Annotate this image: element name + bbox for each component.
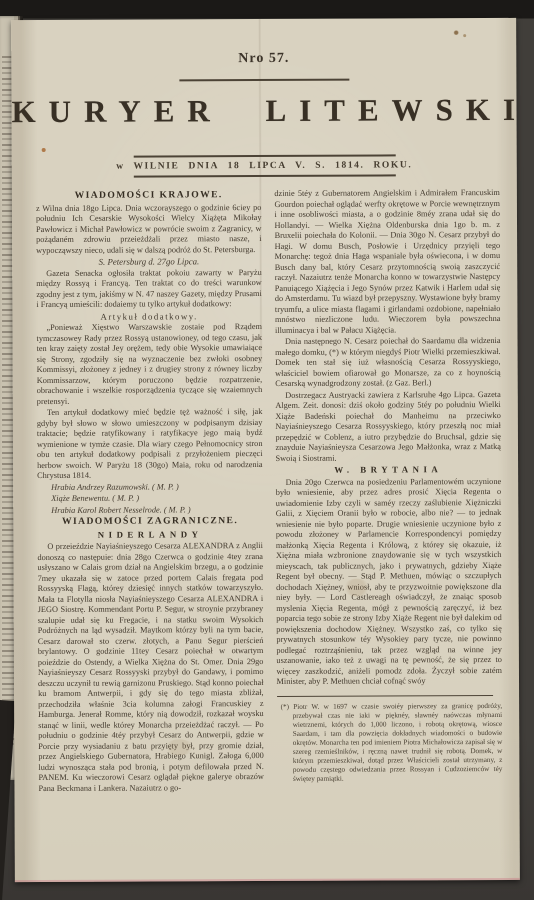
dateline-band: w WILNIE DNIA 18 LIPCA V. S. 1814. ROKU.	[12, 154, 517, 178]
ink-stain	[463, 34, 466, 37]
subheading-britain: W. BRYTANIA	[276, 464, 502, 475]
article-paragraph: „Ponieważ Xięstwo Warszawskie zostaie po…	[36, 322, 262, 407]
subheading-netherlands: NIDERLANDY	[37, 529, 263, 540]
article-paragraph: dzinie 5téy z Gubernatorem Angielskim i …	[274, 188, 500, 336]
masthead: Nro 57. KURYER LITEWSKI w WILNIE DNIA 18…	[11, 50, 517, 178]
divider-rule	[179, 79, 349, 82]
article-paragraph: Gazeta Senacka ogłosiła traktat pokoiu z…	[36, 268, 262, 311]
left-column: WIADOMOŚCI KRAJOWE. z Wilna dnia 18go Li…	[36, 189, 264, 842]
subheading-petersburg: S. Petersburg d. 27go Lipca.	[36, 256, 262, 267]
newspaper-page: Nro 57. KURYER LITEWSKI w WILNIE DNIA 18…	[11, 18, 520, 882]
signature-line: Hrabia Andrzey Razumowski. ( M. P. )	[37, 482, 263, 493]
photo-background: Nro 57. KURYER LITEWSKI w WILNIE DNIA 18…	[0, 0, 534, 900]
section-heading-foreign: WIADOMOŚCI ZAGRANICZNE.	[37, 516, 263, 527]
ink-stain	[453, 30, 459, 35]
footnote-text: (*) Piotr W. w 1697 w czasie swoiéy pier…	[277, 702, 503, 784]
article-paragraph: O przeieździe Nayiaśnieyszego Cesarza AL…	[37, 541, 264, 794]
dateline: w WILNIE DNIA 18 LIPCA V. S. 1814. ROKU.	[12, 156, 517, 176]
newspaper-title: KURYER LITEWSKI	[11, 92, 516, 130]
article-paragraph: Dnia następnego N. Cesarz poiechał do Sa…	[275, 336, 501, 389]
body-columns: WIADOMOŚCI KRAJOWE. z Wilna dnia 18go Li…	[12, 176, 520, 842]
article-paragraph: Dostrzegacz Austryacki zawiera z Karlsru…	[275, 389, 501, 463]
subheading-additional-article: Artykuł dodatkowy.	[36, 311, 262, 322]
article-paragraph: z Wilna dnia 18go Lipca. Dnia wczoraysze…	[36, 203, 262, 256]
right-column: dzinie 5téy z Gubernatorem Angielskim i …	[274, 188, 502, 841]
signature-line: Xiąże Benewentu. ( M. P. )	[37, 493, 263, 504]
article-paragraph: Ten artykuł dodatkowy mieć będzie tęż wa…	[37, 407, 263, 481]
article-paragraph: Dnia 20go Czerwca na posiedzeniu Parlame…	[276, 476, 502, 687]
issue-number: Nro 57.	[11, 50, 516, 68]
section-heading-domestic: WIADOMOŚCI KRAJOWE.	[36, 190, 262, 201]
footnote-rule	[277, 695, 493, 697]
